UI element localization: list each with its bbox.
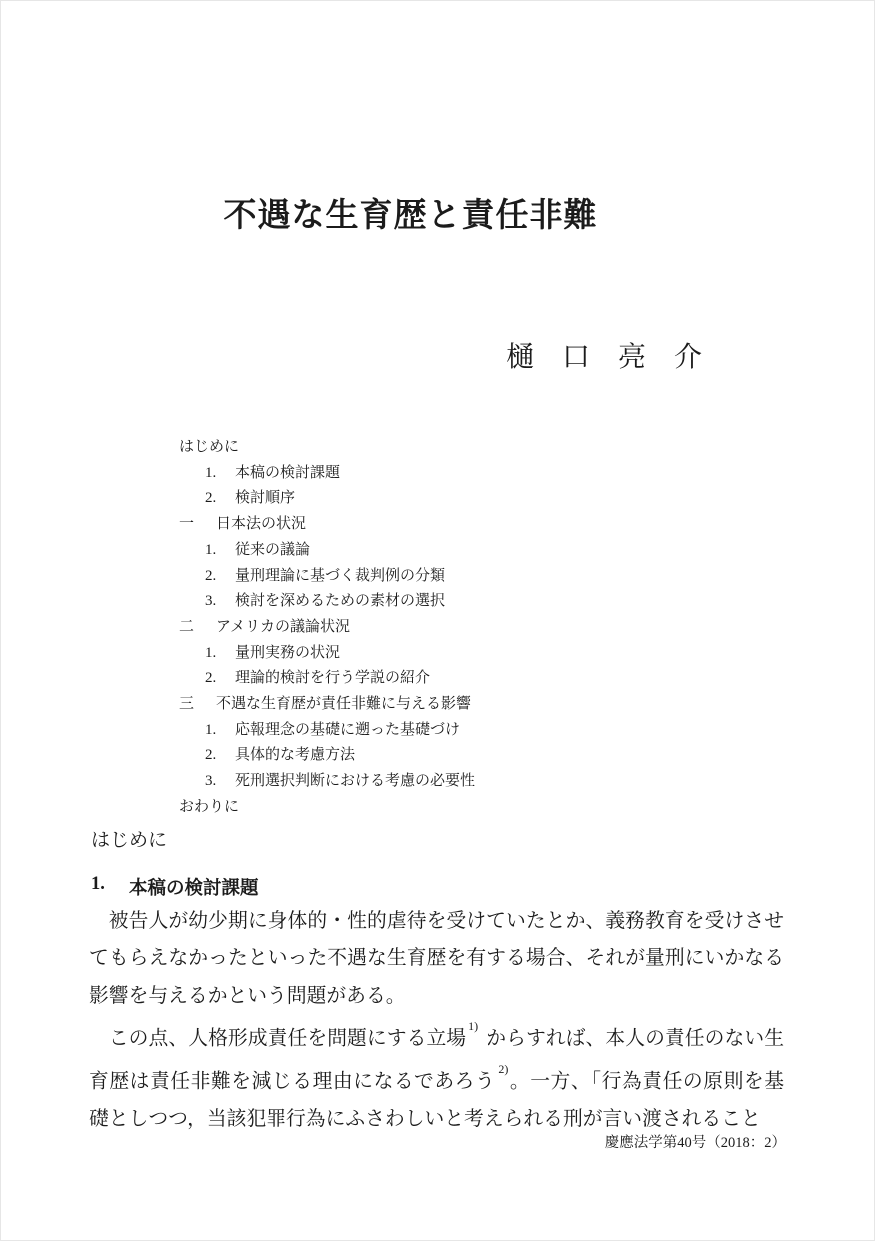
toc-item-label: おわりに [179,795,239,821]
toc-item: おわりに [179,795,475,821]
toc-item: 2.具体的な考慮方法 [179,743,475,769]
paragraph-2: この点、人格形成責任を問題にする立場1)からすれば、本人の責任のない生育歴は責任… [89,1015,784,1138]
toc-item: 1.従来の議論 [179,538,475,564]
toc-item-label: 具体的な考慮方法 [235,743,355,769]
body-text: 被告人が幼少期に身体的・性的虐待を受けていたとか、義務教育を受けさせてもらえなか… [89,903,784,1138]
section-number: 1. [91,874,129,900]
toc-item-number: 2. [205,666,235,692]
author-name: 樋 口 亮 介 [506,335,702,375]
toc-item-number: 2. [205,743,235,769]
footnote-ref-2: 2) [498,1062,508,1076]
toc-item: 2.量刑理論に基づく裁判例の分類 [179,564,475,590]
toc-item-number: 二 [179,615,216,641]
toc-item: はじめに [179,435,475,461]
toc-item: 2.検討順序 [179,486,475,512]
section-title: 本稿の検討課題 [129,874,259,900]
intro-heading: はじめに [91,825,167,852]
paragraph-1: 被告人が幼少期に身体的・性的虐待を受けていたとか、義務教育を受けさせてもらえなか… [89,903,784,1015]
toc-item: 1.本稿の検討課題 [179,461,475,487]
table-of-contents: はじめに 1.本稿の検討課題 2.検討順序 一日本法の状況 1.従来の議論 2.… [179,435,475,821]
toc-item-number: 1. [205,538,235,564]
toc-item-label: 応報理念の基礎に遡った基礎づけ [235,718,460,744]
footnote-ref-1: 1) [468,1019,478,1033]
toc-item: 三不遇な生育歴が責任非難に与える影響 [179,692,475,718]
toc-item-label: 検討順序 [235,486,295,512]
toc-item-label: 従来の議論 [235,538,310,564]
toc-item: 3.検討を深めるための素材の選択 [179,589,475,615]
toc-item-label: 死刑選択判断における考慮の必要性 [235,769,475,795]
toc-item: 2.理論的検討を行う学説の紹介 [179,666,475,692]
toc-item: 1.量刑実務の状況 [179,641,475,667]
toc-item: 1.応報理念の基礎に遡った基礎づけ [179,718,475,744]
section-heading: 1. 本稿の検討課題 [91,874,259,900]
toc-item-number: 2. [205,564,235,590]
toc-item-label: 量刑理論に基づく裁判例の分類 [235,564,445,590]
journal-footer: 慶應法学第40号（2018：2） [605,1131,786,1152]
document-page: 不遇な生育歴と責任非難 樋 口 亮 介 はじめに 1.本稿の検討課題 2.検討順… [0,0,875,1241]
toc-item-number: 三 [179,692,216,718]
toc-item-label: 不遇な生育歴が責任非難に与える影響 [216,692,471,718]
paragraph-2-segment: この点、人格形成責任を問題にする立場 [109,1027,466,1049]
toc-item-number: 1. [205,641,235,667]
document-title: 不遇な生育歴と責任非難 [0,189,847,236]
toc-item-number: 一 [179,512,216,538]
toc-item: 二アメリカの議論状況 [179,615,475,641]
toc-item-number: 1. [205,718,235,744]
toc-item-label: アメリカの議論状況 [216,615,350,641]
toc-item-number: 3. [205,769,235,795]
toc-item-number: 2. [205,486,235,512]
toc-item-label: 検討を深めるための素材の選択 [235,589,445,615]
toc-item: 3.死刑選択判断における考慮の必要性 [179,769,475,795]
toc-item-label: はじめに [179,435,239,461]
toc-item: 一日本法の状況 [179,512,475,538]
toc-item-label: 理論的検討を行う学説の紹介 [235,666,430,692]
toc-item-number: 3. [205,589,235,615]
toc-item-label: 量刑実務の状況 [235,641,340,667]
toc-item-label: 本稿の検討課題 [235,461,340,487]
toc-item-number: 1. [205,461,235,487]
toc-item-label: 日本法の状況 [216,512,306,538]
